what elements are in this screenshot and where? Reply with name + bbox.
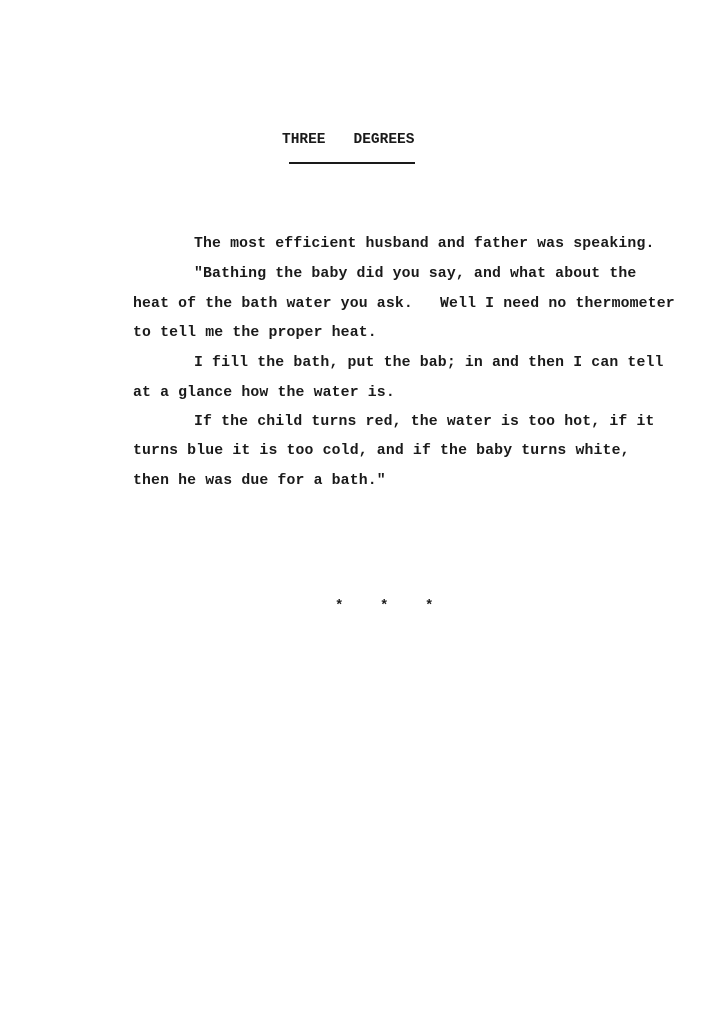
text-line: "Bathing the baby did you say, and what … [194,266,636,282]
text-line: turns blue it is too cold, and if the ba… [133,443,630,459]
title-word-2: DEGREES [354,132,415,148]
asterisk: * [380,598,425,614]
document-title: THREEDEGREES [282,132,414,148]
text-line: The most efficient husband and father wa… [194,236,655,252]
text-line: If the child turns red, the water is too… [194,414,655,430]
text-line: to tell me the proper heat. [133,325,377,341]
text-line: then he was due for a bath." [133,473,386,489]
text-line: at a glance how the water is. [133,385,395,401]
document-page: THREEDEGREES The most efficient husband … [0,0,728,1024]
title-word-1: THREE [282,132,326,148]
asterisk: * [335,598,380,614]
asterisk: * [425,598,470,614]
text-line: heat of the bath water you ask. Well I n… [133,296,675,312]
title-underline [289,162,415,164]
section-separator: *** [335,598,470,614]
text-line: I fill the bath, put the bab; in and the… [194,355,664,371]
